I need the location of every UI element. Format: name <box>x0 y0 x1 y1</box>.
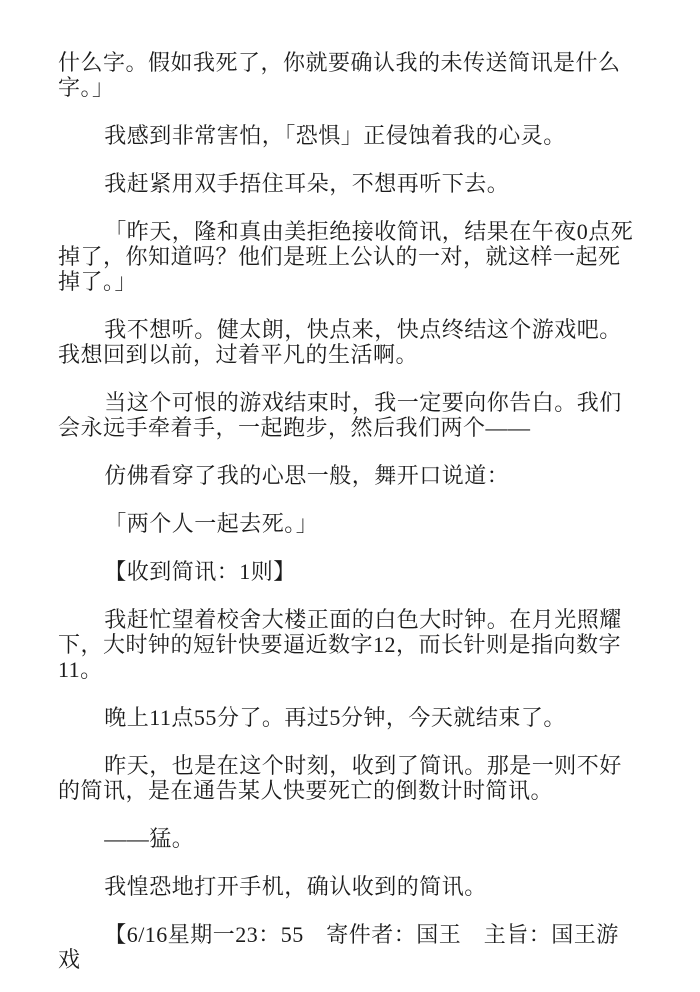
body-paragraph-3: 我赶紧用双手捂住耳朵，不想再听下去。 <box>58 171 640 196</box>
body-paragraph-10: 我赶忙望着校舍大楼正面的白色大时钟。在月光照耀下，大时钟的短针快要逼近数字12，… <box>58 607 640 682</box>
body-paragraph-8-dialogue: 「两个人一起去死。」 <box>58 511 640 536</box>
body-paragraph-13: ——猛。 <box>58 826 640 851</box>
body-paragraph-1: 什么字。假如我死了，你就要确认我的未传送简讯是什么字。」 <box>58 50 640 100</box>
body-paragraph-4-dialogue: 「昨天，隆和真由美拒绝接收简讯，结果在午夜0点死掉了，你知道吗？他们是班上公认的… <box>58 219 640 294</box>
book-page: 什么字。假如我死了，你就要确认我的未传送简讯是什么字。」 我感到非常害怕，「恐惧… <box>0 0 700 992</box>
sms-header-line: 【6/16星期一23：55 寄件者：国王 主旨：国王游戏 <box>58 922 640 972</box>
body-paragraph-12: 昨天，也是在这个时刻，收到了简讯。那是一则不好的简讯，是在通告某人快要死亡的倒数… <box>58 753 640 803</box>
body-paragraph-6: 当这个可恨的游戏结束时，我一定要向你告白。我们会永远手牵着手，一起跑步，然后我们… <box>58 390 640 440</box>
body-paragraph-14: 我惶恐地打开手机，确认收到的简讯。 <box>58 874 640 899</box>
body-paragraph-2: 我感到非常害怕，「恐惧」正侵蚀着我的心灵。 <box>58 123 640 148</box>
sms-received-banner: 【收到简讯：1则】 <box>58 559 640 584</box>
body-paragraph-11: 晚上11点55分了。再过5分钟，今天就结束了。 <box>58 705 640 730</box>
body-paragraph-5: 我不想听。健太朗，快点来，快点终结这个游戏吧。我想回到以前，过着平凡的生活啊。 <box>58 317 640 367</box>
body-paragraph-7: 仿佛看穿了我的心思一般，舞开口说道： <box>58 463 640 488</box>
